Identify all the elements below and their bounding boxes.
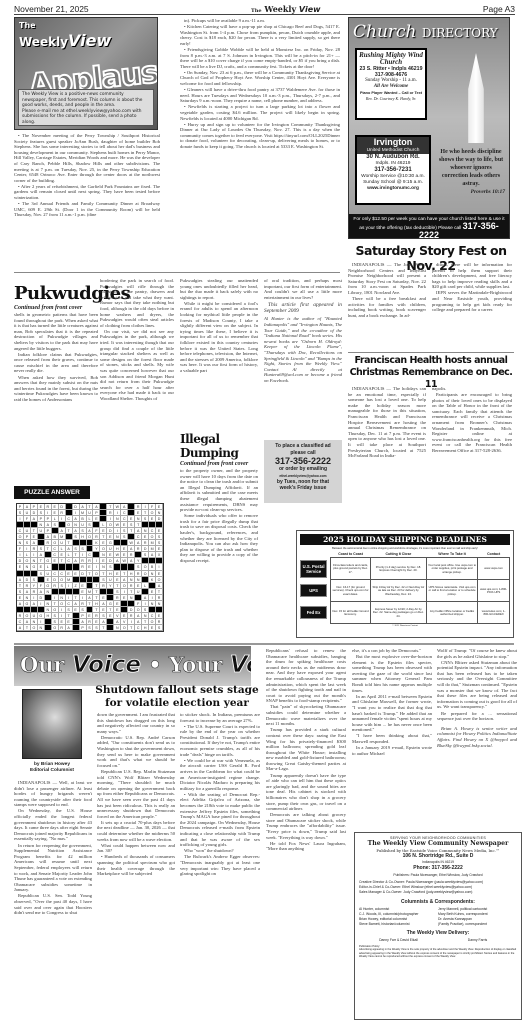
crossword-cell: C [135, 625, 142, 631]
illegal-dumping-title: Illegal Dumping [180, 432, 258, 460]
page-number: Page A3 [483, 4, 515, 14]
applause-intro: The Weekly View is a positive-news commu… [18, 89, 154, 126]
bible-verse: He who heeds discipline shows the way to… [437, 148, 505, 196]
opinion-col4: Republicans' refusal to renew the Obamac… [266, 648, 346, 852]
crossword-cell: O [52, 625, 59, 631]
columnist-photo [22, 689, 82, 759]
story-fest-col1: INDIANAPOLIS — The John Boner Neighborho… [348, 262, 426, 319]
pukwudgies-title: Pukwudgies [14, 283, 98, 304]
crossword-cell [45, 625, 52, 631]
divider [348, 352, 514, 353]
byline: by Brian Howey Editorial Columnist [14, 762, 90, 774]
table-row: U.S. Postal Service First-class letters … [300, 558, 510, 580]
illegal-dumping-article: Illegal Dumping Continued from front cov… [180, 432, 258, 564]
crossword-cell: P [80, 625, 87, 631]
crossword-cell: O [31, 625, 38, 631]
crossword-cell: T [128, 625, 135, 631]
opinion-col6: Wolff of Trump: "Of course he knew about… [437, 648, 517, 749]
franciscan-col2: napolis. Participants are encouraged to … [432, 386, 512, 454]
our-voice-your-voice-banner: Our Voice • Your Voice [14, 646, 251, 686]
crossword-cell: R [59, 625, 66, 631]
crossword-cell: E [149, 625, 156, 631]
story-fest-col2: dition, there will be information for pa… [432, 262, 512, 313]
crossword-cell: S [87, 625, 94, 631]
crossword-cell: N [114, 625, 121, 631]
opinion-col3: to sticker shock. In Indiana, premiums a… [180, 712, 260, 877]
table-row: Fed Ex Dec. 15 for all FedEx Ground Econ… [300, 602, 510, 624]
franciscan-col1: INDIANAPOLIS — The holidays can be an em… [348, 386, 426, 459]
issue-date: November 21, 2025 [14, 4, 89, 14]
section-divider [14, 643, 514, 645]
applause-items-mid: in). Pickups will be available 9 a.m.-11… [180, 18, 340, 150]
page-header: November 21, 2025 The Weekly View Page A… [14, 3, 515, 15]
church-directory-footer: For only $12.50 per week you can have yo… [349, 214, 509, 238]
opinion-col5: else, it's a con job by the Democrats."B… [352, 648, 432, 757]
shipping-deadlines-box: 2025 HOLIDAY SHIPPING DEADLINES Between … [296, 530, 514, 638]
divider [14, 272, 340, 273]
opinion-headline: Shutdown fallout sets stage for volatile… [92, 684, 262, 710]
applause-items-left: • The November meeting of the Perry Town… [14, 133, 160, 218]
opinion-col1: INDIANAPOLIS — Well, at least we didn't … [14, 780, 92, 916]
crossword-cell: A [17, 625, 24, 631]
applause-logo: WeeklyView [19, 31, 111, 50]
pukwudgies-col3: Pukwudgies stealing our unattended young… [180, 278, 258, 374]
shipping-title: 2025 HOLIDAY SHIPPING DEADLINES [300, 534, 510, 545]
paper-name: The Weekly View [251, 4, 321, 14]
crossword-cell: O [121, 625, 128, 631]
pukwudgies-col2: bordering the park in search of food. Pu… [100, 278, 174, 402]
church-directory-ad: Church DIRECTORY Rushing Mighty Wind Chu… [348, 17, 510, 239]
church-directory-title: Church DIRECTORY [353, 22, 498, 42]
puzzle-answer-label: PUZZLE ANSWER [14, 486, 90, 499]
crossword-cell: N [38, 625, 45, 631]
crossword-cell: S [93, 625, 100, 631]
masthead-box: SERVING YOUR NEIGHBORHOOD COMMUNITIES Th… [354, 832, 522, 1020]
rushing-mighty-wind-listing: Rushing Mighty Wind Church 23 S. Ritter … [355, 48, 427, 120]
crossword-cell: S [156, 625, 163, 631]
pukwudgies-col4: of oral tradition, and perhaps most impo… [264, 278, 342, 384]
applause-banner: The WeeklyView Applause! The Weekly View… [14, 17, 158, 130]
crossword-cell [107, 625, 114, 631]
crossword-grid: PAPEREDDATATWARIFESUDSIERIMUPRICETONIFAP… [16, 503, 164, 632]
crossword-cell: T [100, 625, 107, 631]
table-row: UPS Dec. 16-17 (for ground services). Ch… [300, 580, 510, 602]
pukwudgies-article: Pukwudgies Continued from front cover sh… [14, 283, 98, 403]
crossword-cell: A [66, 625, 73, 631]
opinion-col2: down the government. I am frustrated tha… [97, 712, 175, 877]
crossword-cell: H [142, 625, 149, 631]
crossword-cell: T [24, 625, 31, 631]
irvington-umc-listing: Irvington United Methodist Church 30 N. … [355, 135, 431, 205]
applause-logo-the: The [19, 21, 36, 30]
classified-ad-box: To place a classified ad please call 317… [264, 440, 342, 503]
church-steeple-image [463, 53, 489, 143]
classified-phone: 317-356-2222 [264, 456, 342, 466]
crossword-cell [73, 625, 80, 631]
shipping-table: Coast to Coast Cutting It Close Where To… [300, 552, 510, 624]
